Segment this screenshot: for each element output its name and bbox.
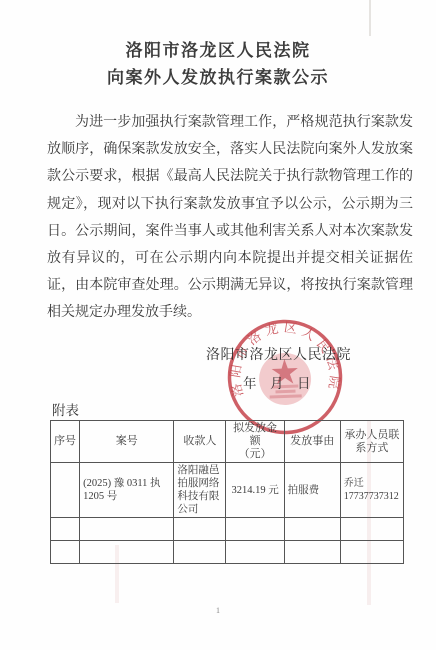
page-number: 1 xyxy=(0,606,436,615)
cell-seq xyxy=(51,541,80,564)
cell-case-no: (2025) 豫 0311 执 1205 号 xyxy=(80,463,174,518)
cell-amount: 3214.19 元 xyxy=(226,463,284,518)
cell-payee xyxy=(174,518,226,541)
col-header-payee: 收款人 xyxy=(174,421,226,463)
cell-payee: 洛阳融邑 拍服网络 科技有限 公司 xyxy=(174,463,226,518)
col-header-contact: 承办人员联 系方式 xyxy=(340,421,403,463)
cell-contact: 乔迁 17737737312 xyxy=(340,463,403,518)
document-page: 洛阳市洛龙区人民法院 向案外人发放执行案款公示 为进一步加强执行案款管理工作，严… xyxy=(0,0,436,650)
table-header-row: 序号 案号 收款人 拟发放金额 （元） 发放事由 承办人员联 系方式 xyxy=(51,421,404,463)
signature-date-line: 年 月 日 xyxy=(243,372,311,392)
cell-seq xyxy=(51,518,80,541)
notice-body-paragraph: 为进一步加强执行案款管理工作，严格规范执行案款发放顺序，确保案款发放安全，落实人… xyxy=(47,109,413,327)
table-row-empty xyxy=(51,541,404,564)
cell-case-no xyxy=(80,518,174,541)
col-header-amount: 拟发放金额 （元） xyxy=(226,421,284,463)
cell-case-no xyxy=(80,541,174,564)
cell-contact xyxy=(340,518,403,541)
cell-reason xyxy=(284,518,340,541)
cell-reason: 拍服费 xyxy=(284,463,340,518)
cell-amount xyxy=(226,541,284,564)
table-row: (2025) 豫 0311 执 1205 号 洛阳融邑 拍服网络 科技有限 公司… xyxy=(51,463,404,518)
cell-payee xyxy=(174,541,226,564)
col-header-reason: 发放事由 xyxy=(284,421,340,463)
cell-reason xyxy=(284,541,340,564)
col-header-seq: 序号 xyxy=(51,421,80,463)
scan-artifact xyxy=(369,0,371,36)
document-title-line2: 向案外人发放执行案款公示 xyxy=(0,63,436,88)
case-funds-table: 序号 案号 收款人 拟发放金额 （元） 发放事由 承办人员联 系方式 (2025… xyxy=(50,420,404,564)
col-header-case-no: 案号 xyxy=(80,421,174,463)
cell-amount xyxy=(226,518,284,541)
document-title-line1: 洛阳市洛龙区人民法院 xyxy=(0,36,436,61)
cell-seq xyxy=(51,463,80,518)
table-row-empty xyxy=(51,518,404,541)
signature-court-name: 洛阳市洛龙区人民法院 xyxy=(206,344,351,364)
attachment-label: 附表 xyxy=(52,399,79,419)
cell-contact xyxy=(340,541,403,564)
